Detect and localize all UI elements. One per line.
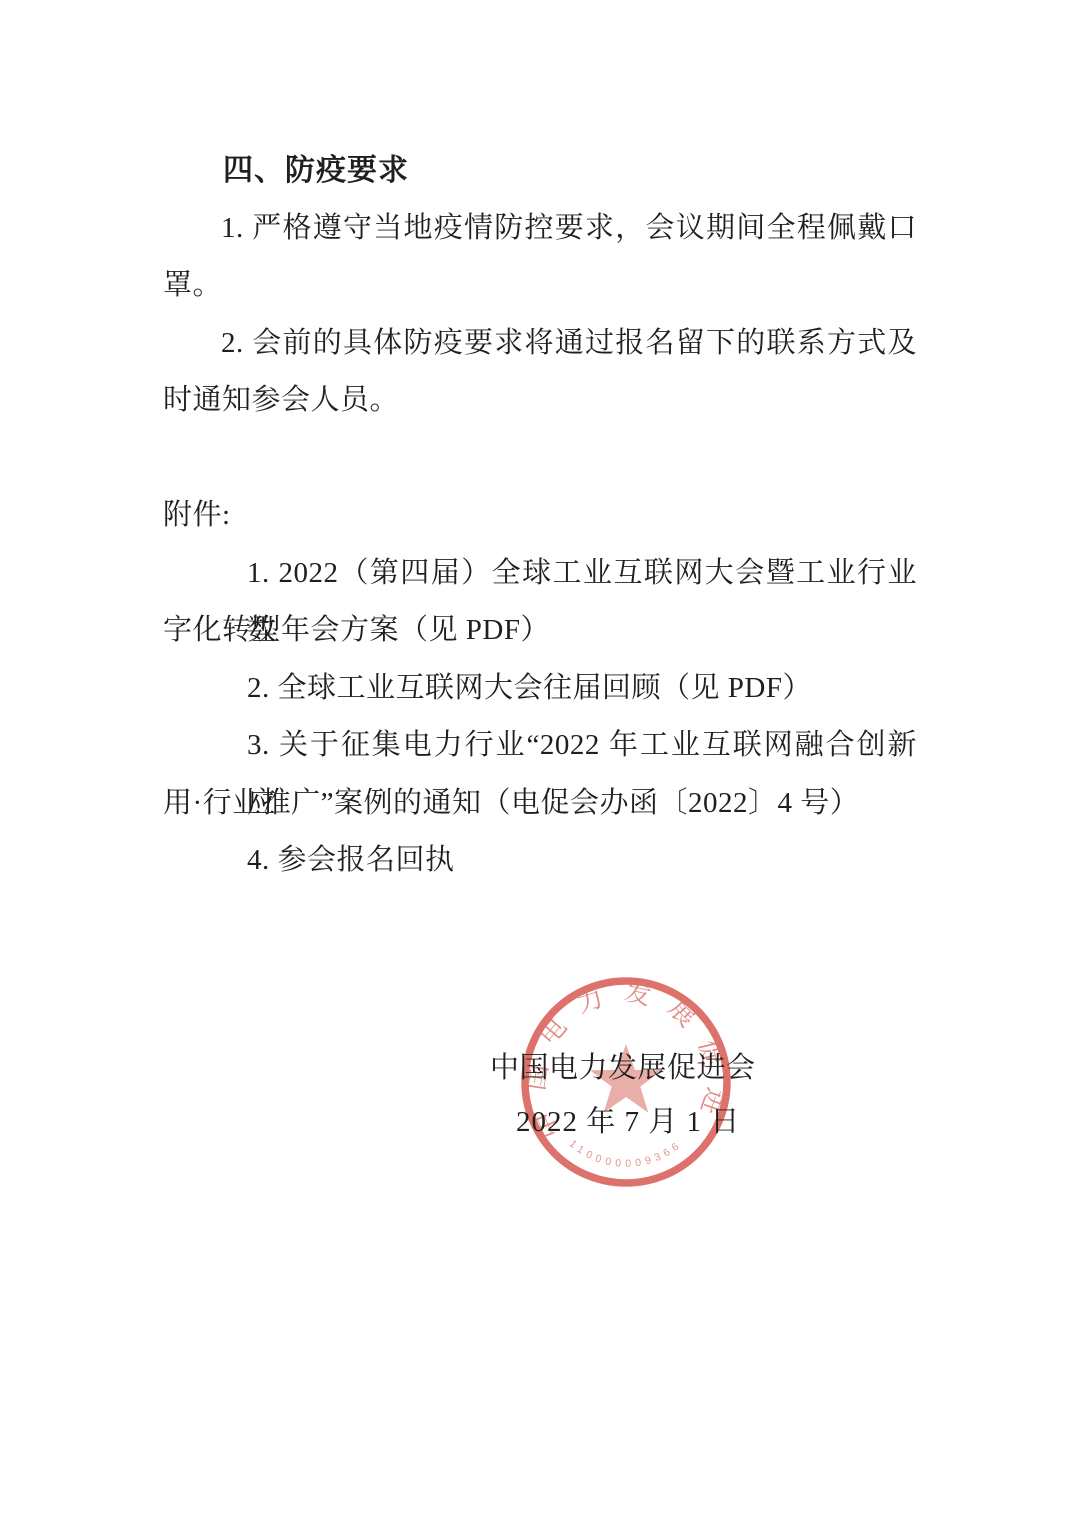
blank-line (163, 430, 917, 488)
attachment-2: 2. 全球工业互联网大会往届回顾（见 PDF） (163, 660, 917, 718)
document-page: 中国电力发展促进会 1100000093667 四、防疫要求 1. 严格遵守当地… (0, 0, 1080, 1527)
section-heading: 四、防疫要求 (163, 142, 917, 200)
signature-date: 2022 年 7 月 1 日 (516, 1094, 740, 1151)
attachment-1-line-1: 1. 2022（第四届）全球工业互联网大会暨工业行业数 (163, 545, 917, 603)
attachment-3-line-1: 3. 关于征集电力行业“2022 年工业互联网融合创新应 (163, 717, 917, 775)
attachment-4: 4. 参会报名回执 (163, 832, 917, 890)
attachments-label: 附件: (163, 487, 917, 545)
paragraph-1-line-2: 罩。 (163, 257, 917, 315)
paragraph-2-line-2: 时通知参会人员。 (163, 372, 917, 430)
paragraph-1-line-1: 1. 严格遵守当地疫情防控要求，会议期间全程佩戴口 (163, 200, 917, 258)
paragraph-2-line-1: 2. 会前的具体防疫要求将通过报名留下的联系方式及 (163, 315, 917, 373)
attachment-3-line-2: 用·行业推广”案例的通知（电促会办函〔2022〕4 号） (163, 775, 917, 833)
signature-organization: 中国电力发展促进会 (490, 1040, 756, 1097)
document-body: 四、防疫要求 1. 严格遵守当地疫情防控要求，会议期间全程佩戴口 罩。 2. 会… (163, 142, 917, 890)
attachment-1-line-2: 字化转型年会方案（见 PDF） (163, 602, 917, 660)
